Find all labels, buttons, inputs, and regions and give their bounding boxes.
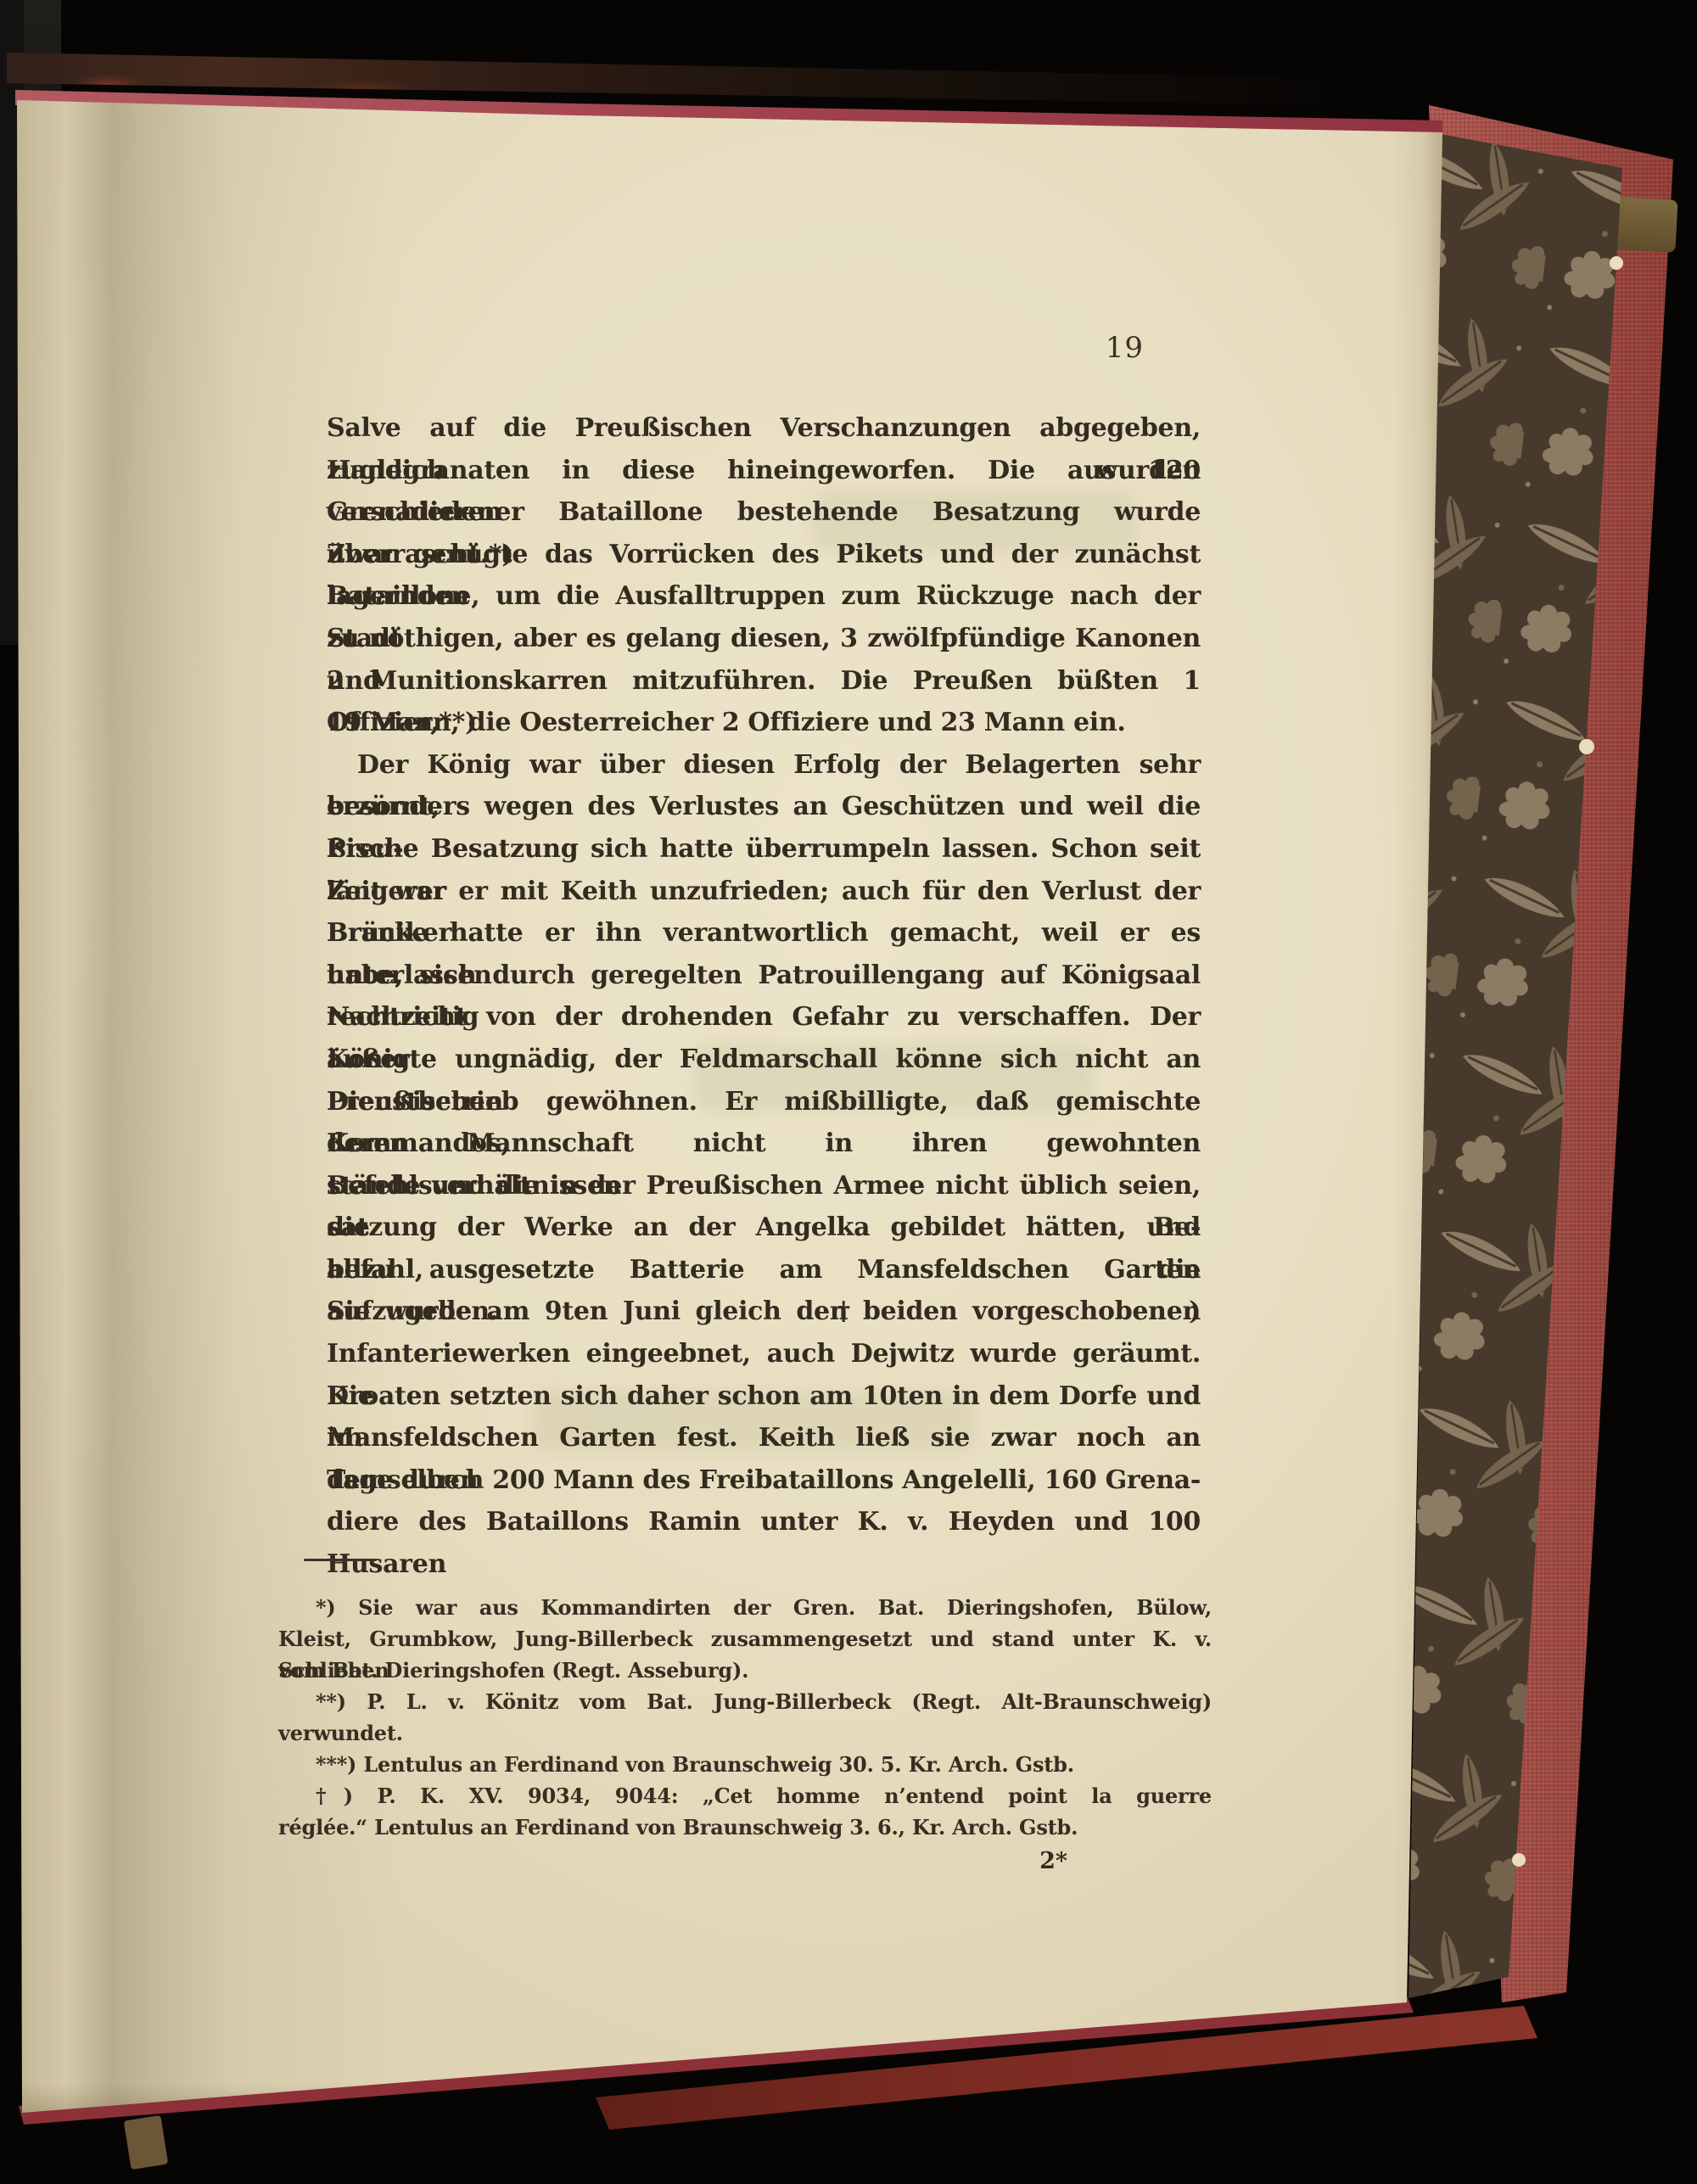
text-line: Salve auf die Preußischen Verschanzungen… <box>327 407 1201 450</box>
page-number: 19 <box>1017 333 1144 362</box>
text-line: Der König war über diesen Erfolg der Bel… <box>327 744 1201 787</box>
endpaper-tear <box>1610 256 1623 270</box>
text-line: äußerte ungnädig, der Feldmarschall könn… <box>327 1039 1201 1081</box>
footnotes: *) Sie war aus Kommandirten der Gren. Ba… <box>278 1592 1212 1843</box>
footnote-line: ***) Lentulus an Ferdinand von Braunschw… <box>278 1749 1212 1780</box>
text-line: Zeit war er mit Keith unzufrieden; auch … <box>327 871 1201 913</box>
signature-mark: 2* <box>991 1850 1067 1873</box>
body-text: Salve auf die Preußischen Verschanzungen… <box>327 407 1201 1543</box>
text-line: 19 Mann, die Oesterreicher 2 Offiziere u… <box>327 702 1201 744</box>
text-line: verschiedener Bataillone bestehende Besa… <box>327 491 1201 534</box>
text-line: Handgranaten in diese hineingeworfen. Di… <box>327 450 1201 492</box>
footnote-line: verwundet. <box>278 1717 1212 1749</box>
book-page: 19 Salve auf die Preußischen Verschanzun… <box>15 93 1442 2123</box>
footnote-separator <box>304 1559 377 1561</box>
text-line: Mansfeldschen Garten fest. Keith ließ si… <box>327 1417 1201 1459</box>
text-line: Nachricht von der drohenden Gefahr zu ve… <box>327 996 1201 1039</box>
text-line: Brücke hatte er ihn verantwortlich gemac… <box>327 912 1201 955</box>
text-line: 2 Munitionskarren mitzuführen. Die Preuß… <box>327 660 1201 703</box>
endpaper-tear <box>1579 739 1594 754</box>
text-line: habe, sich durch geregelten Patrouilleng… <box>327 955 1201 997</box>
text-line: Kroaten setzten sich daher schon am 10te… <box>327 1375 1201 1418</box>
text-line: diere des Bataillons Ramin unter K. v. H… <box>327 1501 1201 1543</box>
text-line: Dienstbetrieb gewöhnen. Er mißbilligte, … <box>327 1081 1201 1123</box>
footnote-line: Kleist, Grumbkow, Jung-Billerbeck zusamm… <box>278 1623 1212 1655</box>
text-line: Bataillone, um die Ausfalltruppen zum Rü… <box>327 575 1201 618</box>
text-line: allzu ausgesetzte Batterie am Mansfeldsc… <box>327 1249 1201 1291</box>
text-line: ßische Besatzung sich hatte überrumpeln … <box>327 828 1201 871</box>
footnote-line: *) Sie war aus Kommandirten der Gren. Ba… <box>278 1592 1212 1623</box>
footnote-line: réglée.“ Lentulus an Ferdinand von Braun… <box>278 1812 1212 1843</box>
binding-fragment <box>124 2115 169 2170</box>
book-photograph: 19 Salve auf die Preußischen Verschanzun… <box>0 0 1697 2184</box>
footnote-line: **) P. L. v. Könitz vom Bat. Jung-Biller… <box>278 1686 1212 1717</box>
text-line: deren Mannschaft nicht in ihren gewohnte… <box>327 1123 1201 1165</box>
footnote-line: vom Bat. Dieringshofen (Regt. Asseburg). <box>278 1655 1212 1686</box>
text-line: zu nöthigen, aber es gelang diesen, 3 zw… <box>327 618 1201 660</box>
text-line: satzung der Werke an der Angelka gebilde… <box>327 1207 1201 1249</box>
endpaper-tear <box>1512 1853 1526 1867</box>
text-line: Sie wurde am 9ten Juni gleich den beiden… <box>327 1291 1201 1333</box>
text-line: Zwar genügte das Vorrücken des Pikets un… <box>327 534 1201 576</box>
text-line: Infanteriewerken eingeebnet, auch Dejwit… <box>327 1333 1201 1375</box>
footnote-line: †) P. K. XV. 9034, 9044: „Cet homme n’en… <box>278 1780 1212 1812</box>
text-line: Tage durch 200 Mann des Freibataillons A… <box>327 1459 1201 1502</box>
text-line: stände und die in der Preußischen Armee … <box>327 1165 1201 1207</box>
text-line: besonders wegen des Verlustes an Geschüt… <box>327 786 1201 828</box>
